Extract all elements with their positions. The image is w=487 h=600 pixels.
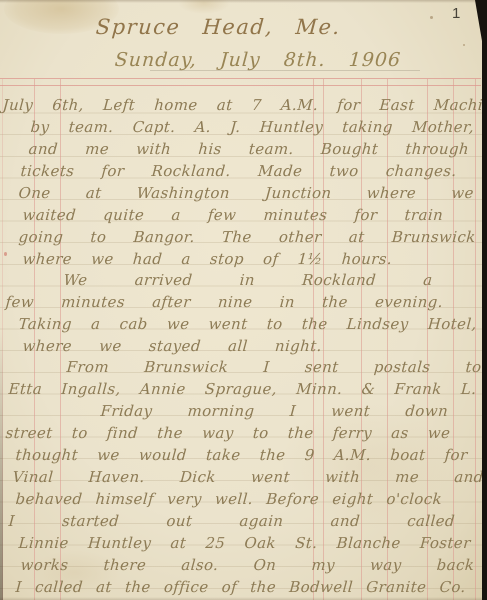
- entry-line: street to find the way to the ferry as w…: [5, 424, 451, 442]
- entry-line: Friday morning I went down: [100, 402, 449, 420]
- entry-line: I started out again and called upon: [8, 512, 487, 530]
- entry-line: Taking a cab we went to the Lindsey Hote…: [18, 315, 477, 333]
- entry-line: tickets for Rockland. Made two changes.: [20, 162, 457, 180]
- entry-line: Linnie Huntley at 25 Oak St. Blanche Fos…: [18, 534, 471, 552]
- ink-speck: [4, 252, 7, 256]
- entry-line: waited quite a few minutes for train: [22, 206, 444, 224]
- entry-line: by team. Capt. A. J. Huntley taking Moth…: [30, 118, 487, 136]
- photo-edge-left: [0, 330, 3, 600]
- journal-page: 1 Spruce Head, Me. Sunday, July 8th. 190…: [0, 0, 487, 600]
- page-number: 1: [452, 5, 460, 22]
- photo-edge-corner: [471, 0, 487, 44]
- ink-speck: [430, 16, 433, 19]
- entry-date-heading: Sunday, July 8th. 1906: [114, 49, 402, 71]
- entry-line: where we stayed all night.: [22, 337, 323, 355]
- entry-line: We arrived in Rockland a: [63, 271, 433, 289]
- entry-line: and me with his team. Bought through: [28, 140, 470, 158]
- entry-line: going to Bangor. The other at Brunswick: [18, 228, 476, 246]
- ink-speck: [463, 44, 465, 46]
- entry-line: where we had a stop of 1½ hours.: [22, 250, 393, 268]
- entry-line: works there also. On my way back: [20, 556, 475, 574]
- entry-line: July 6th, Left home at 7 A.M. for East M…: [2, 96, 487, 114]
- entry-line: One at Washington Junction where we: [18, 184, 474, 202]
- header-double-rule: [0, 78, 481, 86]
- entry-line: behaved himself very well. Before eight …: [15, 490, 443, 508]
- entry-line: Vinal Haven. Dick went with me and: [12, 468, 484, 486]
- photo-edge-top: [0, 0, 487, 3]
- entry-line: thought we would take the 9 A.M. boat fo…: [15, 446, 468, 464]
- entry-line: From Brunswick I sent postals to: [66, 358, 482, 376]
- photo-edge-right: [482, 0, 487, 600]
- entry-line: Etta Ingalls, Annie Sprague, Minn. & Fra…: [8, 380, 477, 398]
- entry-line: few minutes after nine in the evening.: [5, 293, 444, 311]
- entry-line: I called at the office of the Bodwell Gr…: [15, 578, 466, 596]
- entry-place-heading: Spruce Head, Me.: [95, 15, 342, 39]
